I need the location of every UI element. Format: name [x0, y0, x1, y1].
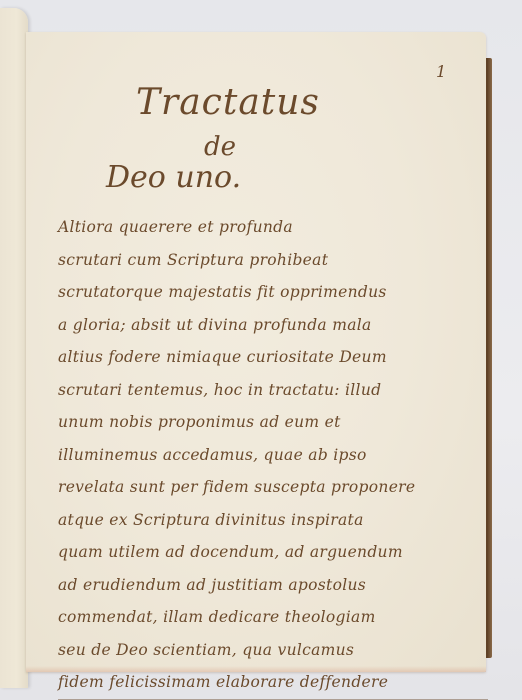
- text-line: illuminemus accedamus, quae ab ipso: [58, 440, 478, 473]
- text-line: Altiora quaerere et profunda: [58, 212, 478, 245]
- text-line: scrutari tentemus, hoc in tractatu: illu…: [58, 375, 478, 408]
- text-line: atque ex Scriptura divinitus inspirata: [58, 505, 478, 538]
- left-page-leaf: [0, 8, 28, 688]
- text-line: seu de Deo scientiam, qua vulcamus: [58, 635, 478, 668]
- manuscript-title: Tractatus: [136, 82, 320, 123]
- page-edge-stain: [26, 666, 486, 672]
- text-line: revelata sunt per fidem suscepta propone…: [58, 472, 478, 505]
- text-line: ad erudiendum ad justitiam apostolus: [58, 570, 478, 603]
- manuscript-subtitle: Deo uno.: [106, 160, 241, 195]
- folio-number: 1: [436, 62, 446, 81]
- text-line: unum nobis proponimus ad eum et: [58, 407, 478, 440]
- manuscript-subtitle-de: de: [204, 132, 236, 162]
- manuscript-body: Altiora quaerere et profunda scrutari cu…: [58, 212, 478, 700]
- text-line: scrutatorque majestatis fit opprimendus: [58, 277, 478, 310]
- text-line: quam utilem ad docendum, ad arguendum: [58, 537, 478, 570]
- text-line: commendat, illam dedicare theologiam: [58, 602, 478, 635]
- text-line: scrutari cum Scriptura prohibeat: [58, 245, 478, 278]
- text-line: altius fodere nimiaque curiositate Deum: [58, 342, 478, 375]
- manuscript-page: 1 Tractatus de Deo uno. Altiora quaerere…: [26, 32, 486, 672]
- text-line: a gloria; absit ut divina profunda mala: [58, 310, 478, 343]
